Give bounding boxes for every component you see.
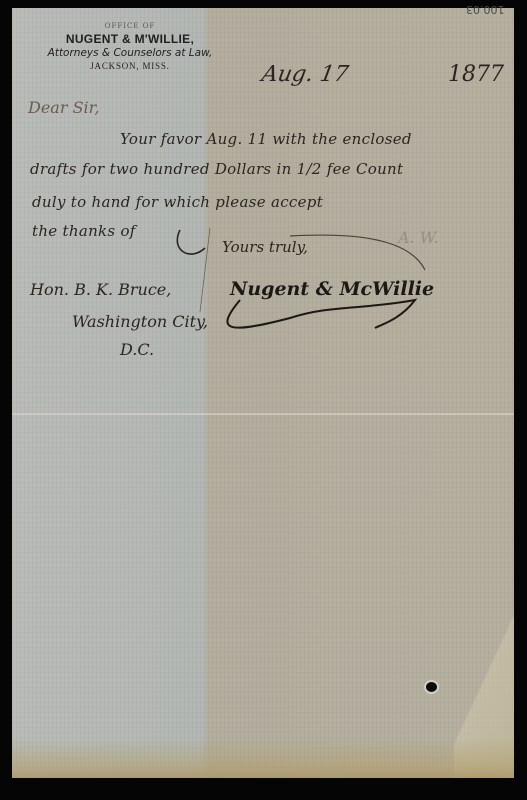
punch-hole (426, 682, 437, 692)
pen-flourishes (0, 0, 527, 800)
